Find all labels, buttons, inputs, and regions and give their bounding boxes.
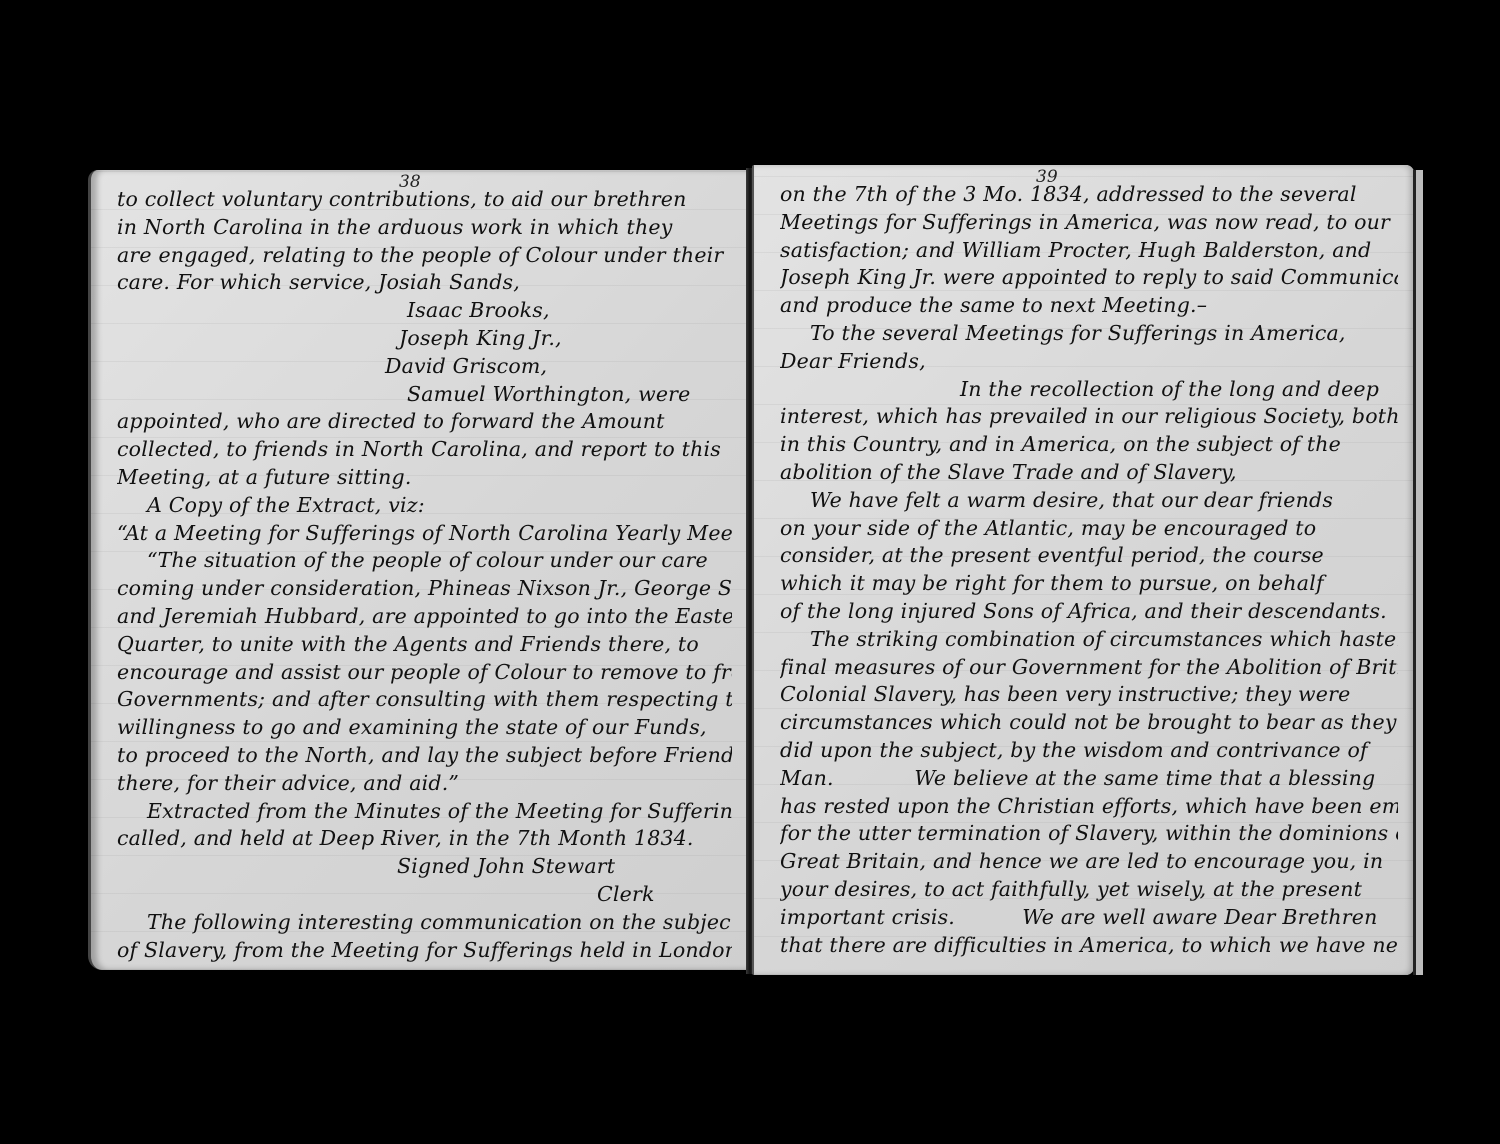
text-line: Great Britain, and hence we are led to e…: [780, 848, 1398, 876]
text-line: Quarter, to unite with the Agents and Fr…: [117, 631, 732, 659]
text-line: your desires, to act faithfully, yet wis…: [780, 876, 1398, 904]
left-page-text: to collect voluntary contributions, to a…: [117, 186, 732, 964]
text-line: of the long injured Sons of Africa, and …: [780, 598, 1398, 626]
text-line: are engaged, relating to the people of C…: [117, 242, 732, 270]
text-line: on your side of the Atlantic, may be enc…: [780, 515, 1398, 543]
text-line: “At a Meeting for Sufferings of North Ca…: [117, 520, 732, 548]
page-edge: [1413, 170, 1423, 975]
left-page: 38 to collect voluntary contributions, t…: [88, 170, 748, 970]
text-line: Meeting, at a future sitting.: [117, 464, 732, 492]
text-line: on the 7th of the 3 Mo. 1834, addressed …: [780, 181, 1398, 209]
text-line: Extracted from the Minutes of the Meetin…: [117, 798, 732, 826]
text-line: and Jeremiah Hubbard, are appointed to g…: [117, 603, 732, 631]
text-line: final measures of our Government for the…: [780, 654, 1398, 682]
text-line: which it may be right for them to pursue…: [780, 570, 1398, 598]
right-page-text: on the 7th of the 3 Mo. 1834, addressed …: [780, 181, 1398, 959]
text-line: In the recollection of the long and deep: [780, 376, 1398, 404]
text-line: of Slavery, from the Meeting for Sufferi…: [117, 937, 732, 965]
text-line: satisfaction; and William Procter, Hugh …: [780, 237, 1398, 265]
text-line: that there are difficulties in America, …: [780, 932, 1398, 960]
text-line: interest, which has prevailed in our rel…: [780, 403, 1398, 431]
text-line: and produce the same to next Meeting.–: [780, 292, 1398, 320]
signatory-name: Samuel Worthington, were: [117, 381, 732, 409]
clerk-title: Clerk: [117, 881, 732, 909]
text-line: Joseph King Jr. were appointed to reply …: [780, 264, 1398, 292]
text-line: has rested upon the Christian efforts, w…: [780, 793, 1398, 821]
text-line: encourage and assist our people of Colou…: [117, 659, 732, 687]
text-line: appointed, who are directed to forward t…: [117, 408, 732, 436]
letter-address: To the several Meetings for Sufferings i…: [780, 320, 1398, 348]
signature-line: Signed John Stewart: [117, 853, 732, 881]
right-page: 39 on the 7th of the 3 Mo. 1834, address…: [752, 165, 1414, 975]
signatory-name: Joseph King Jr.,: [117, 325, 732, 353]
text-line: consider, at the present eventful period…: [780, 542, 1398, 570]
text-line: Colonial Slavery, has been very instruct…: [780, 681, 1398, 709]
text-line: The striking combination of circumstance…: [780, 626, 1398, 654]
section-heading: A Copy of the Extract, viz:: [117, 492, 732, 520]
text-line: there, for their advice, and aid.”: [117, 770, 732, 798]
text-line: called, and held at Deep River, in the 7…: [117, 825, 732, 853]
text-line: in this Country, and in America, on the …: [780, 431, 1398, 459]
text-line: important crisis. We are well aware Dear…: [780, 904, 1398, 932]
text-line: Meetings for Sufferings in America, was …: [780, 209, 1398, 237]
text-line: willingness to go and examining the stat…: [117, 714, 732, 742]
text-line: care. For which service, Josiah Sands,: [117, 269, 732, 297]
text-line: Governments; and after consulting with t…: [117, 686, 732, 714]
text-line: in North Carolina in the arduous work in…: [117, 214, 732, 242]
signatory-name: David Griscom,: [117, 353, 732, 381]
text-line: The following interesting communication …: [117, 909, 732, 937]
text-line: We have felt a warm desire, that our dea…: [780, 487, 1398, 515]
signatory-name: Isaac Brooks,: [117, 297, 732, 325]
text-line: to collect voluntary contributions, to a…: [117, 186, 732, 214]
text-line: “The situation of the people of colour u…: [117, 547, 732, 575]
letter-salutation: Dear Friends,: [780, 348, 1398, 376]
text-line: Man. We believe at the same time that a …: [780, 765, 1398, 793]
text-line: coming under consideration, Phineas Nixs…: [117, 575, 732, 603]
text-line: abolition of the Slave Trade and of Slav…: [780, 459, 1398, 487]
text-line: for the utter termination of Slavery, wi…: [780, 820, 1398, 848]
text-line: circumstances which could not be brought…: [780, 709, 1398, 737]
text-line: did upon the subject, by the wisdom and …: [780, 737, 1398, 765]
text-line: to proceed to the North, and lay the sub…: [117, 742, 732, 770]
text-line: collected, to friends in North Carolina,…: [117, 436, 732, 464]
